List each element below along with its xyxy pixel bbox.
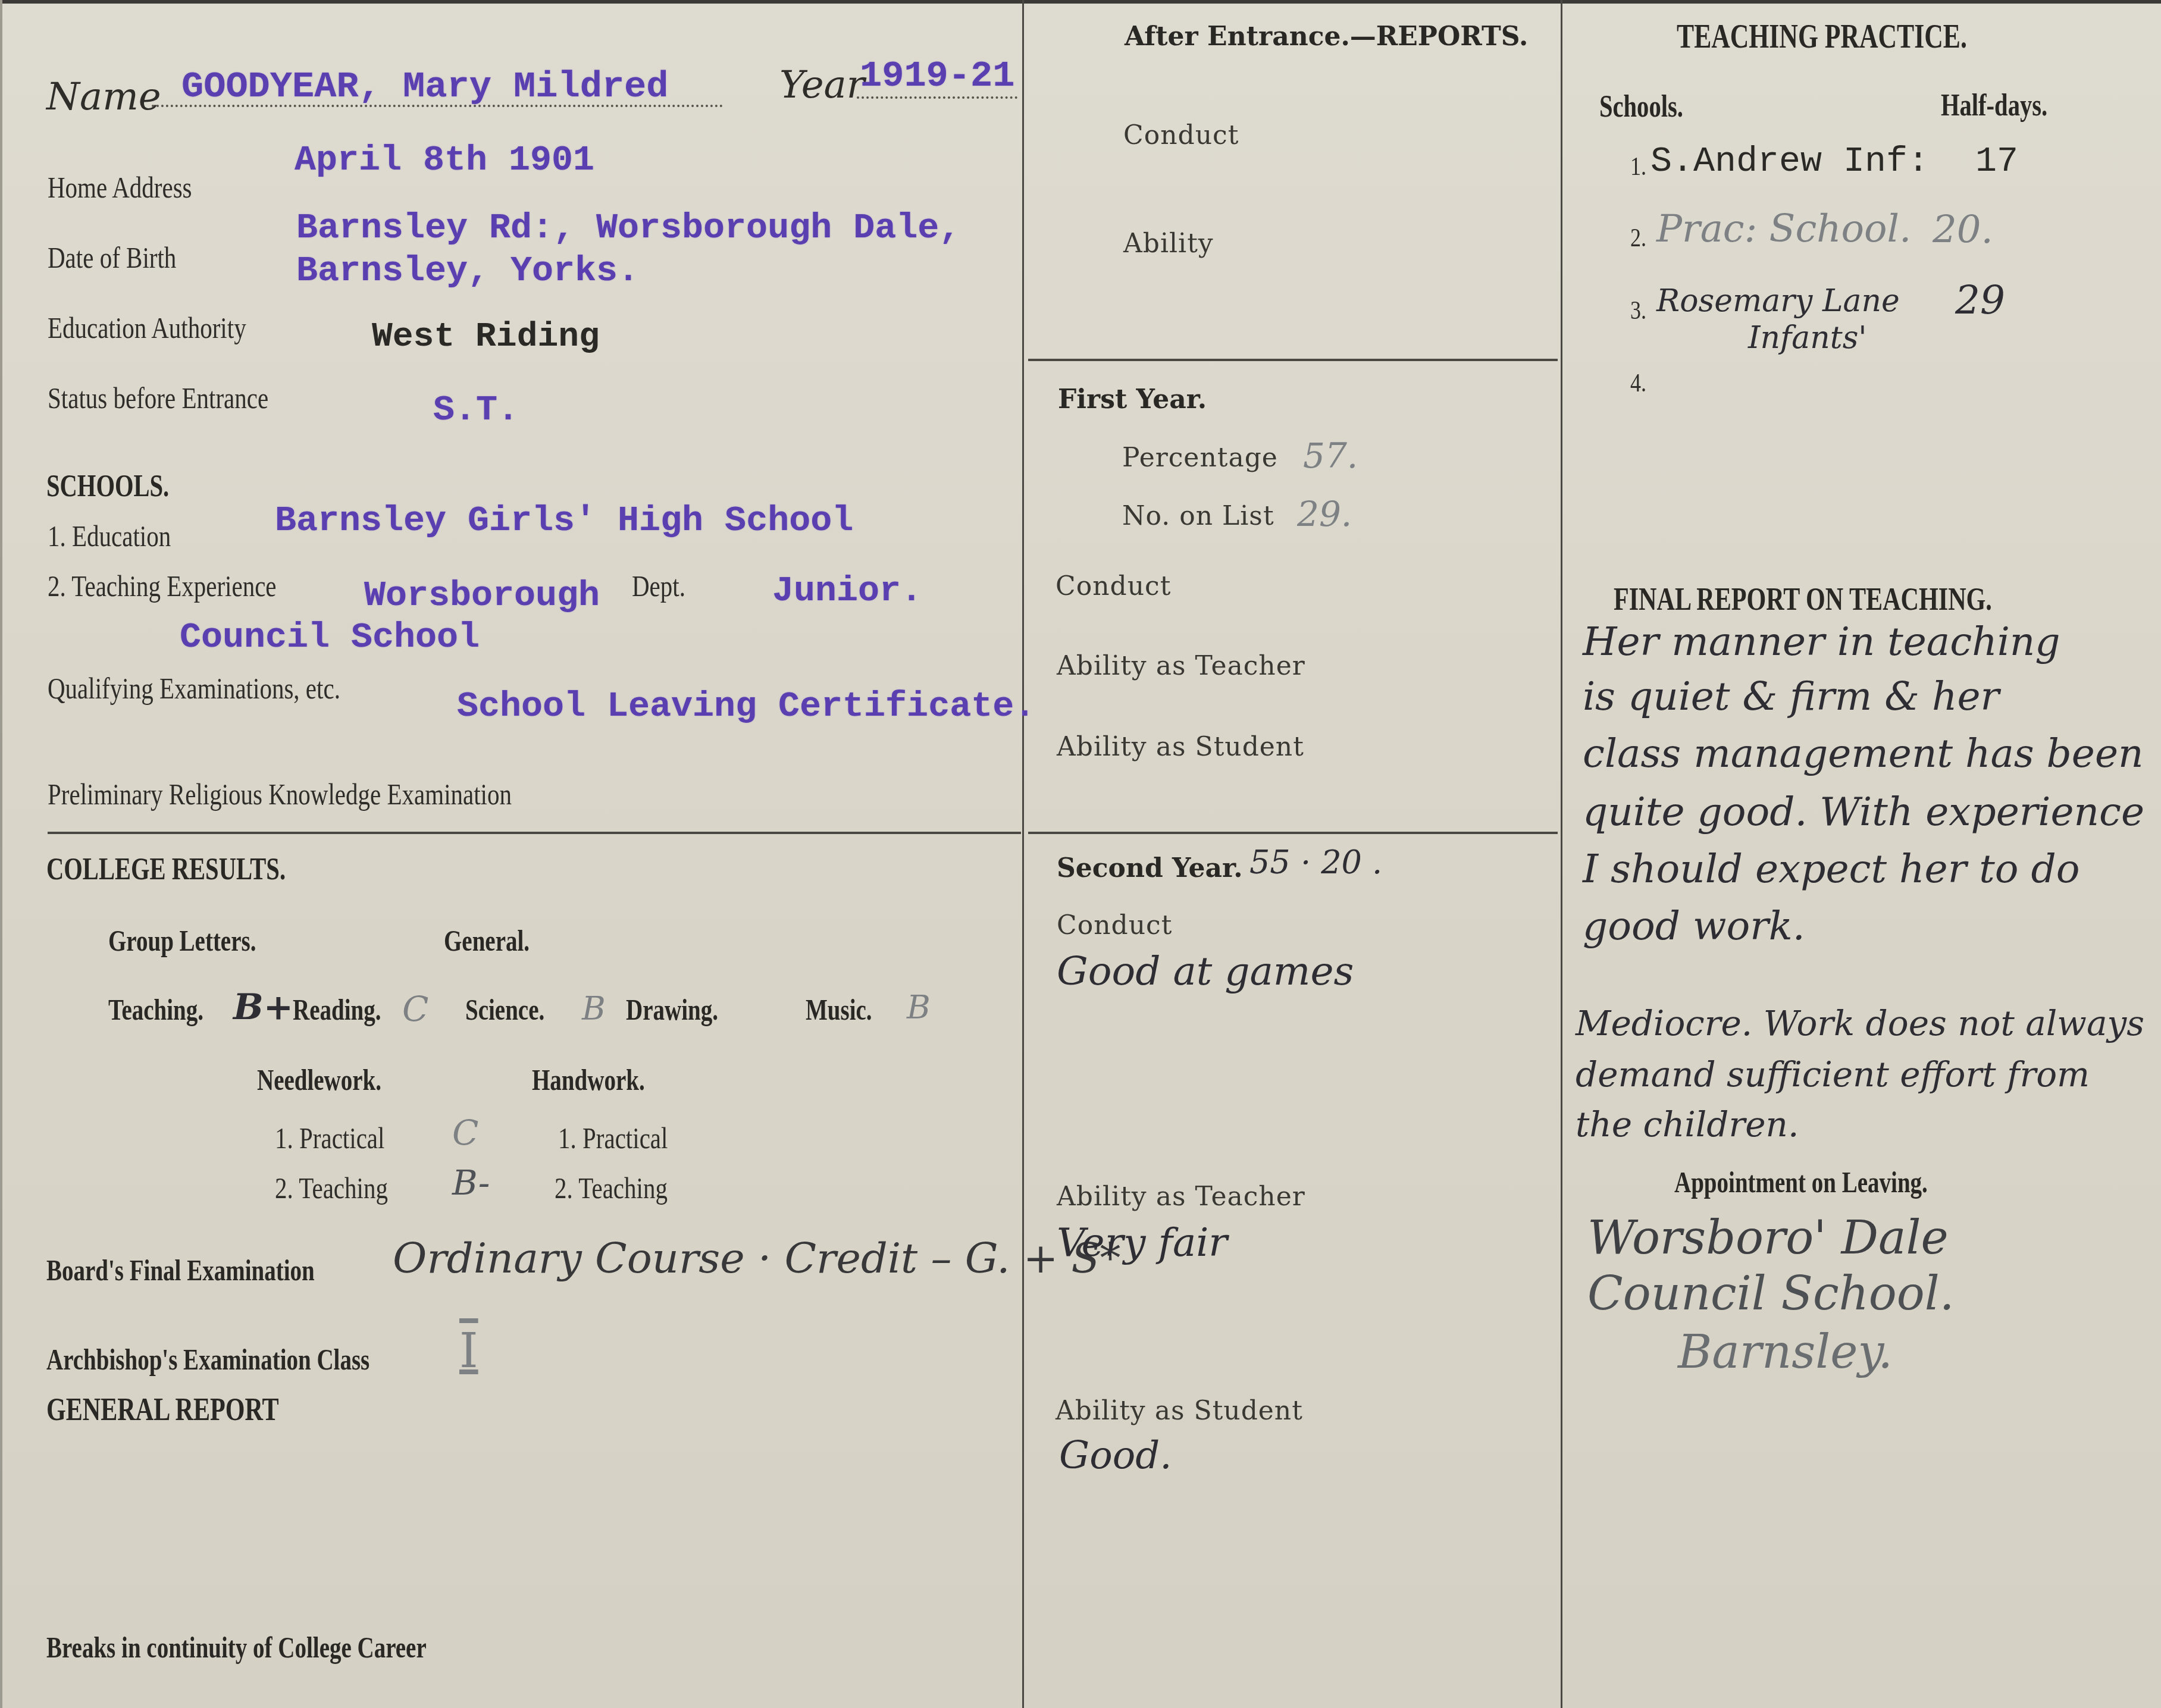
- needlework-teaching-label: 2. Teaching: [275, 1171, 388, 1205]
- tp-row-num: 1.: [1630, 151, 1646, 181]
- final-report-line: class management has been: [1583, 731, 2143, 776]
- education-authority-value: West Riding: [372, 318, 600, 356]
- tp-row-halfdays: 20.: [1933, 208, 1993, 252]
- handwork-teaching-label: 2. Teaching: [555, 1171, 668, 1205]
- appointment-line: Council School.: [1587, 1267, 1955, 1321]
- archbishop-exam-label: Archbishop's Examination Class: [46, 1342, 369, 1377]
- divider-second-year: [1028, 832, 1558, 834]
- handwork-label: Handwork.: [532, 1063, 645, 1097]
- schools-heading: SCHOOLS.: [46, 469, 169, 504]
- final-report-line: is quiet & firm & her: [1583, 673, 1999, 719]
- archbishop-exam-value: I: [459, 1323, 478, 1378]
- qualifying-exams-value: School Leaving Certificate.: [457, 687, 1035, 727]
- first-year-heading: First Year.: [1058, 384, 1207, 415]
- group-letters-label: Group Letters.: [108, 923, 256, 958]
- second-note-line: demand sufficient effort from: [1576, 1054, 2090, 1095]
- reading-grade-label: Reading.: [293, 992, 381, 1027]
- final-report-line: good work.: [1583, 903, 1805, 949]
- tp-row-school: Rosemary Lane: [1656, 283, 1900, 319]
- first-year-list-value: 29.: [1297, 494, 1352, 534]
- tp-row-num: 3.: [1630, 295, 1646, 325]
- general-label: General.: [444, 923, 530, 958]
- tp-row-num: 2.: [1630, 222, 1646, 253]
- second-note-line: Mediocre. Work does not always: [1576, 1003, 2144, 1043]
- divider-first-year: [1028, 359, 1558, 361]
- appointment-line: Barnsley.: [1678, 1325, 1893, 1379]
- first-year-percentage-label: Percentage: [1122, 443, 1278, 473]
- tp-row-school-line2: Infants': [1748, 320, 1867, 356]
- teaching-practice-heading: TEACHING PRACTICE.: [1677, 18, 1967, 56]
- boards-final-exam-value: Ordinary Course · Credit – G. + S*: [393, 1234, 1121, 1283]
- second-note-line: the children.: [1576, 1104, 1799, 1145]
- education-authority-label: Education Authority: [48, 311, 246, 345]
- date-of-birth-value-line2: Barnsley, Yorks.: [296, 251, 639, 292]
- tp-schools-label: Schools.: [1599, 89, 1683, 124]
- teaching-grade-value: B+: [233, 986, 293, 1028]
- second-year-teacher-label: Ability as Teacher: [1057, 1182, 1305, 1212]
- second-year-score: 55 · 20 .: [1249, 844, 1382, 881]
- column-divider-right: [1561, 0, 1562, 1708]
- schools-dept-value: Junior.: [772, 571, 922, 612]
- tp-row-num: 4.: [1630, 368, 1646, 398]
- teaching-grade-label: Teaching.: [108, 992, 203, 1027]
- status-before-entrance-value: S.T.: [433, 390, 519, 431]
- record-card: Name GOODYEAR, Mary Mildred Year 1919-21…: [0, 0, 2161, 1708]
- boards-final-exam-label: Board's Final Examination: [46, 1253, 315, 1287]
- reports-heading: After Entrance.—REPORTS.: [1125, 21, 1528, 52]
- reading-grade-value: C: [402, 989, 428, 1029]
- needlework-label: Needlework.: [257, 1063, 381, 1097]
- schools-dept-label: Dept.: [632, 569, 685, 603]
- second-year-heading: Second Year.: [1057, 853, 1243, 883]
- tp-row-school: Prac: School.: [1656, 207, 1911, 251]
- second-year-student-value: Good.: [1059, 1434, 1172, 1478]
- first-year-teacher-label: Ability as Teacher: [1057, 651, 1305, 681]
- qualifying-exams-label: Qualifying Examinations, etc.: [48, 671, 340, 706]
- after-entrance-ability-label: Ability: [1123, 228, 1214, 259]
- tp-row-school: S.Andrew Inf:: [1650, 142, 1929, 182]
- column-divider-left: [1022, 0, 1024, 1708]
- status-before-entrance-label: Status before Entrance: [48, 381, 268, 415]
- tp-row-halfdays: 29: [1955, 277, 2005, 323]
- music-grade-value: B: [907, 989, 931, 1026]
- general-report-label: GENERAL REPORT: [46, 1391, 279, 1428]
- final-report-heading: FINAL REPORT ON TEACHING.: [1614, 581, 1992, 618]
- card-left-edge: [0, 0, 2, 1708]
- needlework-practical-label: 1. Practical: [275, 1121, 384, 1155]
- music-grade-label: Music.: [806, 992, 872, 1027]
- second-year-teacher-value: Very fair: [1057, 1220, 1227, 1265]
- appointment-on-leaving-label: Appointment on Leaving.: [1674, 1165, 1928, 1199]
- tp-row-halfdays: 17: [1975, 142, 2018, 182]
- college-results-heading: COLLEGE RESULTS.: [46, 852, 286, 887]
- needlework-teaching-grade: B-: [452, 1162, 490, 1203]
- home-address-label: Home Address: [48, 170, 192, 205]
- after-entrance-conduct-label: Conduct: [1123, 120, 1239, 151]
- final-report-line: quite good. With experience: [1583, 789, 2144, 835]
- divider-college-results: [48, 832, 1021, 834]
- name-label: Name: [46, 75, 161, 119]
- schools-teaching-value-line1: Worsborough: [364, 576, 600, 616]
- handwork-practical-label: 1. Practical: [558, 1121, 668, 1155]
- first-year-conduct-label: Conduct: [1056, 571, 1171, 601]
- final-report-line: I should expect her to do: [1583, 846, 2079, 892]
- first-year-percentage-value: 57.: [1303, 435, 1358, 476]
- date-of-birth-value-line1: Barnsley Rd:, Worsborough Dale,: [296, 208, 960, 249]
- science-grade-value: B: [582, 990, 606, 1027]
- card-top-edge: [0, 0, 2161, 4]
- drawing-grade-label: Drawing.: [626, 992, 718, 1027]
- schools-education-label: 1. Education: [48, 519, 171, 553]
- appointment-line: Worsboro' Dale: [1587, 1211, 1949, 1265]
- needlework-practical-grade: C: [452, 1112, 478, 1153]
- home-address-value: April 8th 1901: [295, 140, 594, 181]
- first-year-list-label: No. on List: [1122, 501, 1274, 531]
- date-of-birth-label: Date of Birth: [48, 240, 176, 275]
- second-year-student-label: Ability as Student: [1056, 1396, 1303, 1426]
- prelim-religious-exam-label: Preliminary Religious Knowledge Examinat…: [48, 777, 512, 811]
- final-report-line: Her manner in teaching: [1583, 619, 2060, 665]
- year-label: Year: [779, 63, 865, 107]
- schools-teaching-label: 2. Teaching Experience: [48, 569, 277, 603]
- first-year-student-label: Ability as Student: [1057, 732, 1304, 762]
- schools-education-value: Barnsley Girls' High School: [275, 501, 853, 541]
- science-grade-label: Science.: [465, 992, 544, 1027]
- schools-teaching-value-line2: Council School: [180, 618, 480, 658]
- second-year-conduct-label: Conduct: [1057, 910, 1172, 941]
- breaks-continuity-label: Breaks in continuity of College Career: [46, 1630, 427, 1665]
- tp-halfdays-label: Half-days.: [1941, 88, 2047, 123]
- name-value: GOODYEAR, Mary Mildred: [181, 65, 669, 108]
- second-year-conduct-value: Good at games: [1057, 948, 1354, 994]
- year-value: 1919-21: [860, 55, 1014, 97]
